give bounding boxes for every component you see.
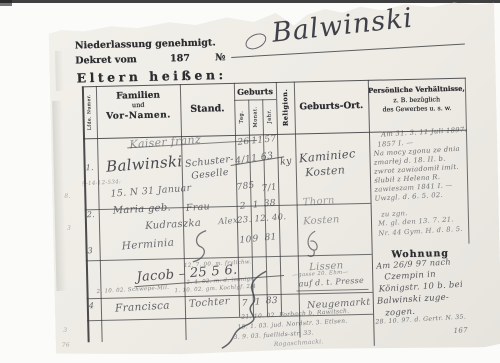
table-line bbox=[96, 86, 103, 342]
r1-margin-handwriting: 9-14-12-534: bbox=[82, 179, 121, 187]
r1-ort2-handwriting: Kosten bbox=[305, 163, 346, 179]
decree-prefix: Dekret vom bbox=[75, 54, 137, 66]
header-und: und bbox=[96, 100, 180, 110]
ort-kosten2-handwriting: Kosten bbox=[303, 214, 340, 227]
rb3-3-handwriting: Balwinski zuge- bbox=[377, 293, 450, 307]
scan-corner-shadow bbox=[0, 0, 12, 6]
monat-label: Monat. bbox=[252, 106, 258, 127]
paper-form: Niederlassung genehmigt. Dekret vom 187 … bbox=[48, 1, 500, 357]
rb3-1-handwriting: Czempin in bbox=[384, 270, 436, 283]
m4-handwriting: 76 bbox=[62, 342, 70, 349]
column-header-monat: Monat. bbox=[248, 100, 263, 132]
m3-handwriting: 3 bbox=[63, 327, 67, 334]
r0-tag-handwriting: 26 bbox=[237, 137, 250, 148]
r1-sub-handwriting: 15. N 31 Januar bbox=[110, 183, 192, 200]
column-header-tag: Tag. bbox=[234, 101, 249, 133]
column-header-geburtsort: Geburts-Ort. bbox=[294, 101, 368, 113]
column-header-jahr: Jahr. bbox=[262, 100, 277, 132]
column-header-geburts: Geburts bbox=[234, 86, 276, 97]
pen-swirl-icon bbox=[186, 228, 213, 263]
scan-smudge bbox=[55, 51, 64, 91]
r2-tag-handwriting: 2 bbox=[240, 201, 247, 211]
table-line bbox=[297, 289, 369, 291]
r2-monat-handwriting: 1 bbox=[252, 200, 259, 210]
m2-handwriting: 3 bbox=[67, 225, 71, 232]
r1-rel-handwriting: ky bbox=[279, 156, 292, 168]
verh-line3: des Gewerbes u. s. w. bbox=[368, 104, 465, 116]
r1-name-handwriting: Balwinski bbox=[105, 152, 182, 176]
n4-handwriting: Rogaschmacki. bbox=[274, 338, 324, 348]
surname-title-handwriting: Balwinski bbox=[270, 3, 414, 49]
r3-name-handwriting: Herminia bbox=[121, 237, 174, 253]
decree-number-sign: № bbox=[215, 52, 226, 63]
decree-year: 187 bbox=[170, 53, 190, 64]
r1-dates-handwriting: 4/11 63 bbox=[234, 150, 274, 166]
r2b-mid-handwriting: Alex bbox=[218, 216, 239, 227]
rb1-0-handwriting: Am 31. 3. 11 Juli 1897. bbox=[381, 126, 467, 139]
r3-monat-handwriting: 9 bbox=[252, 234, 259, 244]
header-vornamen: Vor-Namen. bbox=[96, 110, 180, 122]
column-header-verhaeltnisse: Persönliche Verhältnisse, z. B. bezüglic… bbox=[368, 84, 466, 116]
r2-stand-handwriting: Frau bbox=[186, 201, 211, 214]
strike-line bbox=[231, 43, 465, 58]
r1-stand2-handwriting: Geselle bbox=[191, 167, 229, 182]
column-header-stand: Stand. bbox=[180, 103, 234, 115]
scanned-document: Niederlassung genehmigt. Dekret vom 187 … bbox=[0, 0, 500, 363]
r2-jahr-handwriting: 38 bbox=[263, 198, 276, 209]
r4-no-handwriting: 4 bbox=[89, 301, 95, 310]
r3-jahr-handwriting: 81 bbox=[264, 232, 277, 243]
m1-handwriting: 8. bbox=[64, 193, 70, 200]
scan-edge bbox=[0, 0, 500, 3]
column-header-name: Familien und Vor-Namen. bbox=[96, 90, 181, 122]
ort-thorn-handwriting: Thorn bbox=[302, 195, 335, 208]
flourish-icon bbox=[243, 30, 269, 52]
rb3-6-handwriting: 167 bbox=[453, 326, 468, 335]
r0-name-handwriting: Kaiser franz bbox=[129, 133, 201, 151]
jahr-label: Jahr. bbox=[266, 109, 272, 123]
j-t3-handwriting: 2. 10. 02. Schwepe-Mil. bbox=[96, 285, 169, 295]
r1-no-handwriting: 1. bbox=[86, 163, 94, 172]
column-header-religion: Religion. bbox=[276, 84, 295, 132]
r2-no-handwriting: 2. bbox=[87, 210, 95, 219]
table-line bbox=[465, 78, 470, 244]
settlement-approved-note: Niederlassung genehmigt. bbox=[75, 37, 216, 51]
decree-line: Dekret vom 187 № bbox=[75, 52, 226, 66]
r4-name-handwriting: Francisca bbox=[115, 300, 170, 315]
r3-tag-handwriting: 10 bbox=[239, 235, 252, 246]
pen-flourish-q-icon bbox=[301, 229, 324, 259]
verh-line1: Persönliche Verhältnisse, bbox=[368, 84, 465, 97]
r3-no-handwriting: 3 bbox=[87, 246, 93, 255]
pen-stroke-icon bbox=[214, 269, 278, 350]
r1-sub3-handwriting: 7/1 bbox=[261, 182, 278, 194]
r1-sub2-handwriting: 785 bbox=[236, 181, 255, 193]
serial-number-label: Lfde. Numer. bbox=[87, 94, 93, 130]
tag-label: Tag. bbox=[238, 110, 244, 123]
r0-jahr-handwriting: 57 bbox=[264, 134, 277, 145]
table-line bbox=[294, 82, 301, 338]
r0-monat-handwriting: 11 bbox=[251, 135, 264, 146]
r2-name-handwriting: Maria geb. bbox=[113, 202, 172, 216]
r1-ort1-handwriting: Kaminiec bbox=[298, 146, 356, 165]
religion-label: Religion. bbox=[281, 89, 290, 127]
